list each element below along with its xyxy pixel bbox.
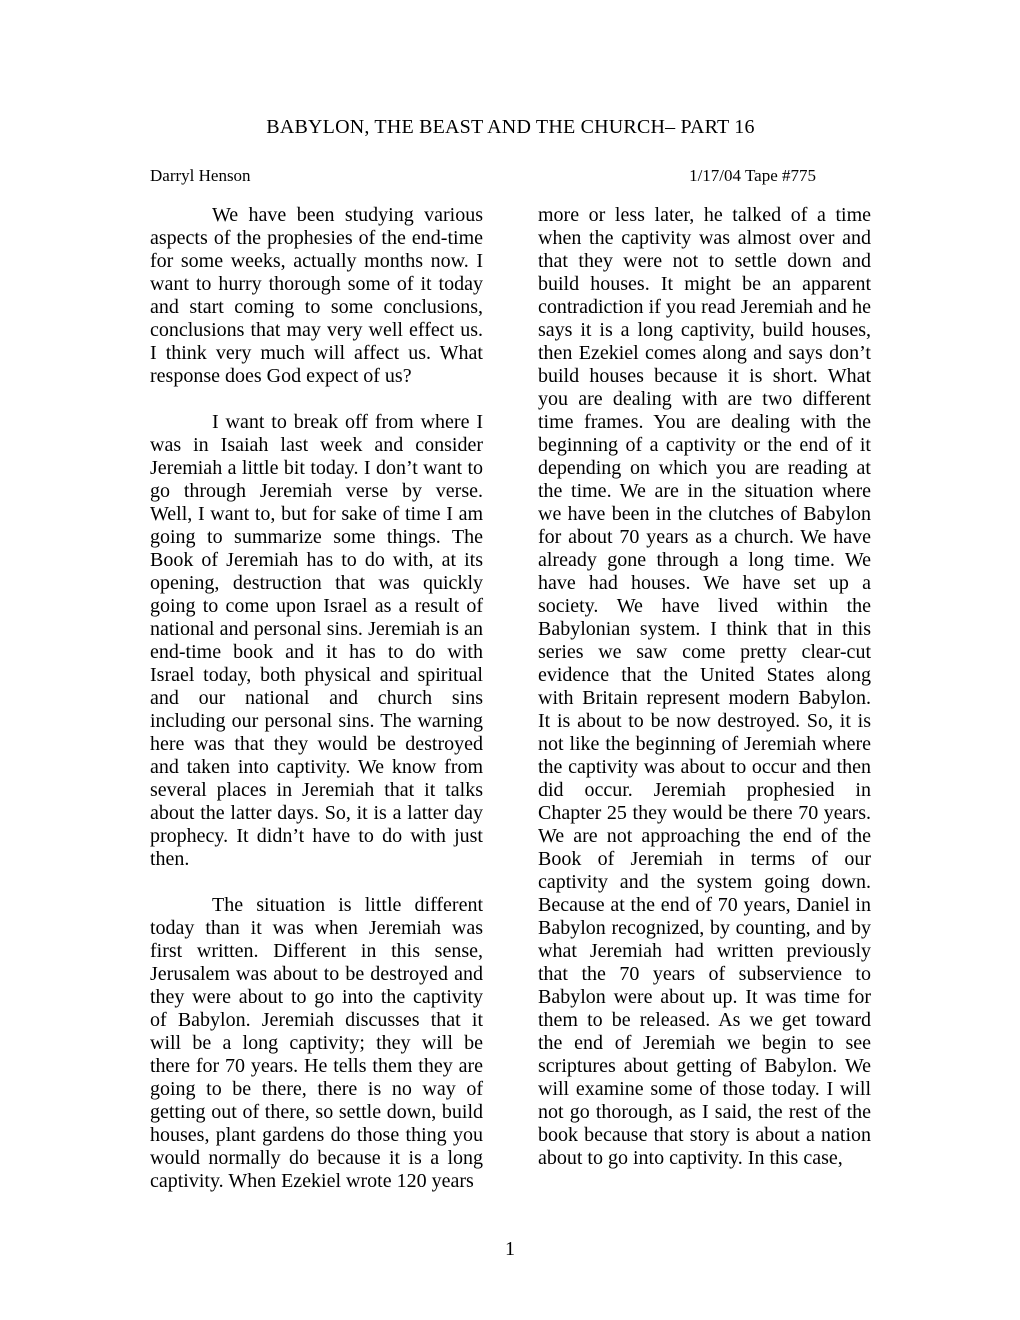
left-column: We have been studying various aspects of… bbox=[150, 204, 483, 1216]
paragraph: more or less later, he talked of a time … bbox=[538, 204, 871, 1170]
paragraph: I want to break off from where I was in … bbox=[150, 411, 483, 871]
paragraph: The situation is little different today … bbox=[150, 894, 483, 1193]
author-name: Darryl Henson bbox=[150, 166, 251, 186]
paragraph: We have been studying various aspects of… bbox=[150, 204, 483, 388]
right-column: more or less later, he talked of a time … bbox=[538, 204, 871, 1216]
page-number: 1 bbox=[0, 1238, 1020, 1261]
byline-row: Darryl Henson 1/17/04 Tape #775 bbox=[150, 166, 816, 186]
text-columns: We have been studying various aspects of… bbox=[150, 204, 871, 1216]
document-page: BABYLON, THE BEAST AND THE CHURCH– PART … bbox=[0, 0, 1020, 1320]
date-tape-label: 1/17/04 Tape #775 bbox=[689, 166, 816, 186]
page-title: BABYLON, THE BEAST AND THE CHURCH– PART … bbox=[150, 116, 871, 139]
